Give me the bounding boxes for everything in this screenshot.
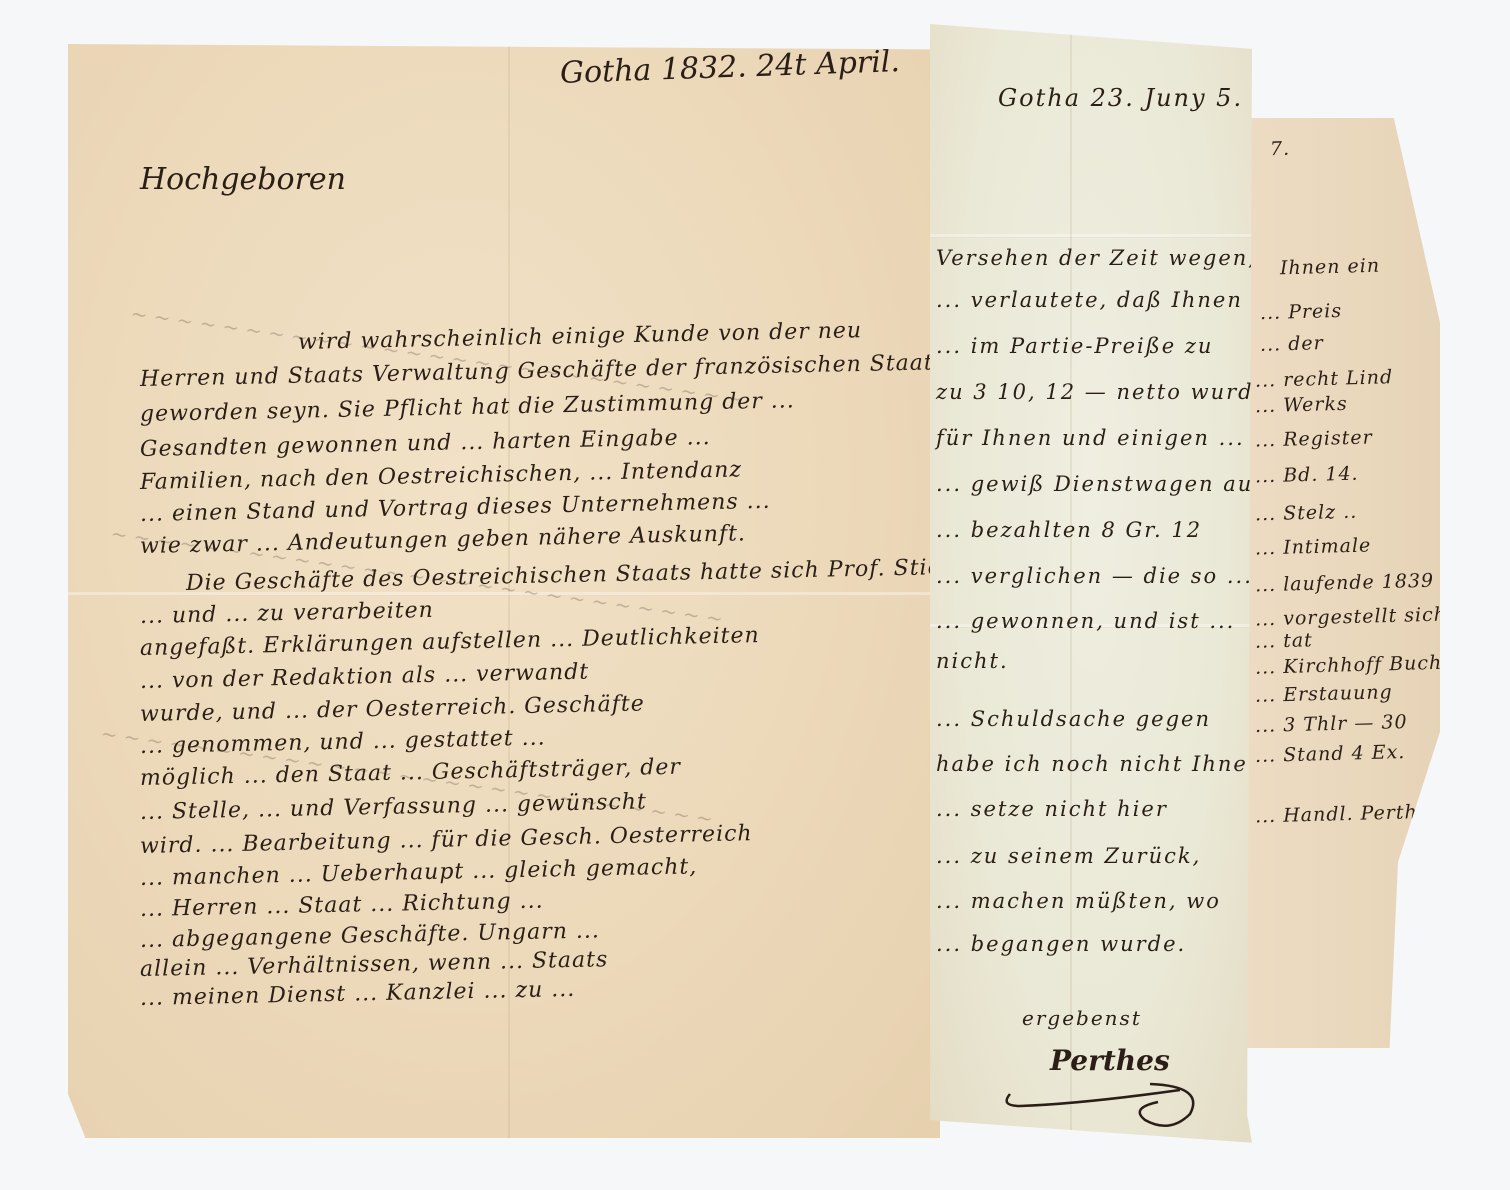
letter-back-sheet: 7. Ihnen ein ... Preis ... der ... recht… — [1230, 118, 1440, 1048]
letter-back-line: ... tat — [1255, 629, 1313, 653]
letter-front-line: ... bezahlten 8 Gr. 12 — [936, 518, 1202, 542]
letter-main-line: Familien, nach den Oestreichischen, ... … — [140, 457, 743, 495]
letter-front-line: ... begangen wurde. — [936, 932, 1186, 956]
letter-front-line: zu 3 10, 12 — netto wurde, — [936, 380, 1277, 404]
letter-back-line: ... Werks — [1255, 393, 1348, 417]
letter-main-line: ... meinen Dienst ... Kanzlei ... zu ... — [140, 977, 576, 1011]
letter-main-line: wie zwar ... Andeutungen geben nähere Au… — [140, 521, 746, 559]
letter-main-line: ... manchen ... Ueberhaupt ... gleich ge… — [140, 854, 698, 891]
letter-main-line: geworden seyn. Sie Pflicht hat die Zusti… — [140, 388, 795, 427]
letter-main-line: wird wahrscheinlich einige Kunde von der… — [298, 318, 863, 355]
paper-fold-horizontal — [930, 234, 1252, 238]
letter-back-date-fragment: 7. — [1270, 138, 1291, 161]
letter-front-line: ... verlautete, daß Ihnen die — [936, 288, 1290, 312]
letter-front-line: für Ihnen und einigen ... — [936, 426, 1245, 450]
letter-front-line: habe ich noch nicht Ihnen — [936, 752, 1263, 776]
letter-front-line: ... Schuldsache gegen — [936, 707, 1211, 731]
letter-back-line: ... der — [1260, 332, 1324, 356]
letter-main-line: Gesandten gewonnen und ... harten Eingab… — [140, 425, 711, 462]
letter-back-line: ... Stand 4 Ex. — [1255, 741, 1406, 767]
signature-flourish-icon — [1000, 1064, 1200, 1134]
letter-front-line: ... gewonnen, und ist ... — [936, 609, 1235, 633]
letter-back-line: ... vorgestellt sich — [1255, 603, 1447, 630]
letter-front-line: ... setze nicht hier — [936, 797, 1168, 821]
letter-back-line: ... Handl. Perthes — [1255, 801, 1441, 828]
letter-main-line: wurde, und ... der Oesterreich. Geschäft… — [140, 691, 645, 727]
letter-main-line: ... und ... zu verarbeiten — [140, 598, 434, 629]
letter-main-line: wird. ... Bearbeitung ... für die Gesch.… — [140, 821, 753, 859]
letter-back-line: ... Stelz .. — [1255, 501, 1358, 526]
letter-back-line: ... recht Lind — [1255, 366, 1394, 392]
letter-back-line: ... Preis — [1260, 300, 1343, 324]
letter-back-line: ... Intimale — [1255, 534, 1372, 559]
letter-main-line: angefaßt. Erklärungen aufstellen ... Deu… — [140, 623, 760, 661]
letter-back-line: ... Register — [1255, 426, 1373, 451]
letter-front-closing: ergebenst — [1022, 1006, 1142, 1030]
letter-front-line: ... zu seinem Zurück, — [936, 844, 1201, 868]
letter-back-line: ... Bd. 14. — [1255, 463, 1359, 488]
letter-front-line: ... verglichen — die so ... — [936, 564, 1253, 588]
letter-back-line: ... Erstauung — [1255, 681, 1393, 707]
letter-main-line: ... von der Redaktion als ... verwandt — [140, 660, 590, 694]
letter-front-line: Versehen der Zeit wegen, — [936, 246, 1257, 270]
letter-back-line: ... laufende 1839 — [1255, 570, 1435, 597]
letter-main-line: ... Stelle, ... und Verfassung ... gewün… — [140, 789, 647, 825]
letter-back-line: ... Kirchhoff Buchh. — [1255, 651, 1463, 678]
letter-back-line: ... 3 Thlr — 30 — [1255, 711, 1408, 737]
letter-front-line: ... im Partie-Preiße zu — [936, 334, 1213, 358]
letter-front-line: nicht. — [936, 649, 1009, 673]
letter-main-line: ... einen Stand und Vortrag dieses Unter… — [140, 489, 771, 527]
letter-front-line: ... gewiß Dienstwagen auf. — [936, 472, 1271, 496]
letter-main-sheet: ~ ~ ~ ~ ~ ~ ~ ~ ~ ~ ~ ~ ~ ~ ~ ~ ~ ~ ~ ~ … — [68, 44, 940, 1138]
letter-main-line: ... Herren ... Staat ... Richtung ... — [140, 889, 544, 922]
paper-fold-vertical — [1070, 24, 1072, 1154]
letter-main-dateline: Gotha 1832. 24t April. — [559, 44, 900, 91]
letter-front-sheet: Gotha 23. Juny 5. Versehen der Zeit wege… — [930, 24, 1252, 1154]
letter-main-line: Herren und Staats Verwaltung Geschäfte d… — [140, 350, 934, 392]
letter-main-salutation: Hochgeboren — [140, 162, 346, 197]
letter-main-line: ... genommen, und ... gestattet ... — [140, 726, 546, 759]
letter-front-line: ... machen müßten, wo — [936, 889, 1221, 913]
letter-front-dateline: Gotha 23. Juny 5. — [998, 84, 1243, 112]
letter-back-line: Ihnen ein — [1280, 255, 1381, 280]
